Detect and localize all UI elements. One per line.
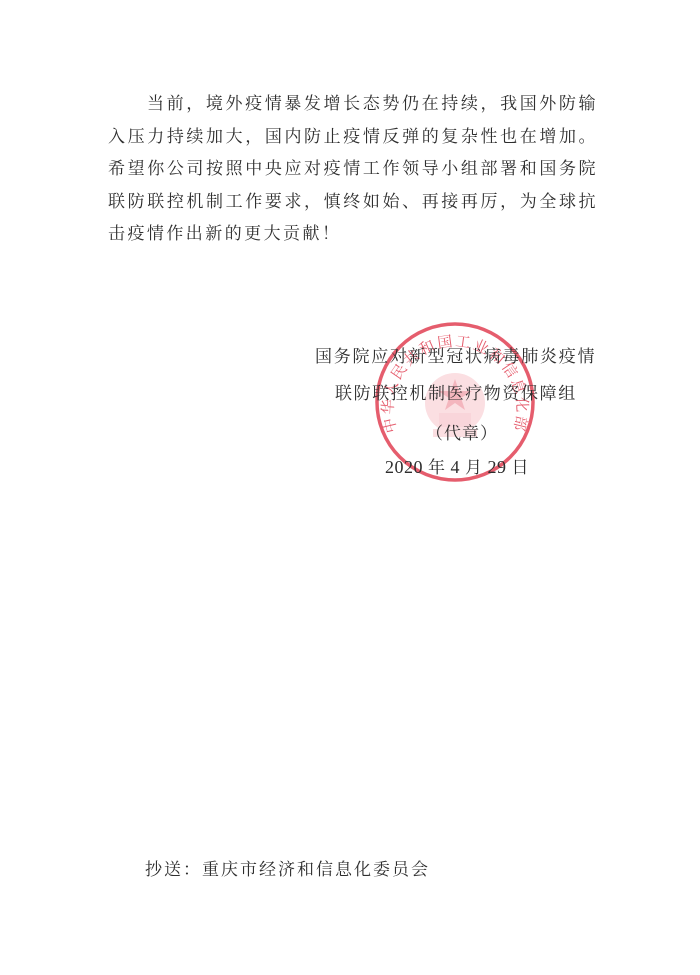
- date-day-unit: 日: [512, 458, 530, 478]
- date-month: 4: [451, 457, 461, 477]
- signature-date: 2020年4月29日: [385, 453, 534, 478]
- date-year: 2020: [385, 457, 423, 477]
- date-month-unit: 月: [465, 458, 483, 478]
- signature-org-line-1: 国务院应对新型冠状病毒肺炎疫情: [315, 342, 596, 367]
- seal-note: （代章）: [426, 419, 498, 444]
- document-page: 当前，境外疫情暴发增长态势仍在持续，我国外防输入压力持续加大，国内防止疫情反弹的…: [0, 0, 700, 975]
- signature-org-line-2: 联防联控机制医疗物资保障组: [335, 379, 577, 404]
- date-year-unit: 年: [428, 458, 446, 478]
- cc-recipients: 抄送：重庆市经济和信息化委员会: [145, 855, 430, 880]
- body-paragraph: 当前，境外疫情暴发增长态势仍在持续，我国外防输入压力持续加大，国内防止疫情反弹的…: [108, 88, 598, 251]
- date-day: 29: [488, 457, 507, 477]
